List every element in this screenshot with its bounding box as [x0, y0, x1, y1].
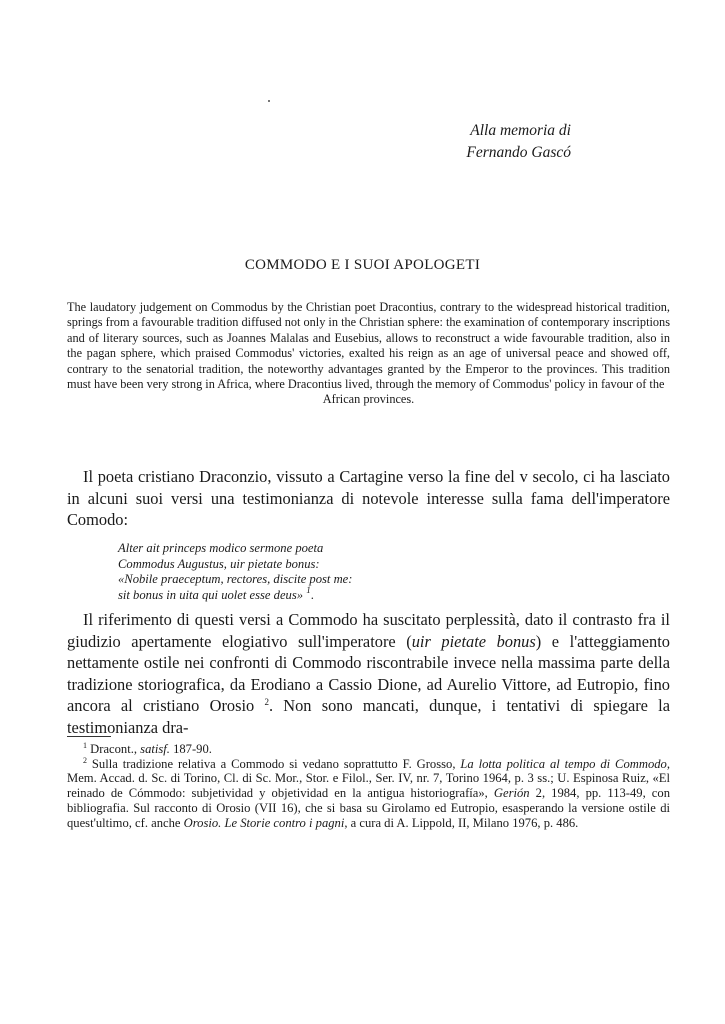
abstract-text: The laudatory judgement on Commodus by t…	[67, 300, 670, 391]
verse-line-1: Alter ait princeps modico sermone poeta	[118, 541, 568, 557]
abstract-last-line: African provinces.	[67, 392, 670, 407]
footnote-divider	[67, 736, 111, 737]
footnote-1: 1 Dracont., satisf. 187-90.	[67, 742, 670, 757]
article-title: COMMODO E I SUOI APOLOGETI	[0, 257, 725, 274]
abstract: The laudatory judgement on Commodus by t…	[67, 300, 670, 408]
scan-speck	[268, 100, 270, 102]
paragraph-2: Il riferimento di questi versi a Commodo…	[67, 609, 670, 739]
footnotes: 1 Dracont., satisf. 187-90. 2 Sulla trad…	[67, 742, 670, 830]
dedication-line-1: Alla memoria di	[0, 120, 571, 142]
verse-line-2: Commodus Augustus, uir pietate bonus:	[118, 557, 568, 573]
dedication: Alla memoria di Fernando Gascó	[0, 120, 571, 164]
verse-quotation: Alter ait princeps modico sermone poeta …	[118, 541, 568, 603]
verse-line-4: sit bonus in uita qui uolet esse deus» 1…	[118, 588, 568, 604]
verse-line-3: «Nobile praeceptum, rectores, discite po…	[118, 572, 568, 588]
paragraph-1: Il poeta cristiano Draconzio, vissuto a …	[67, 466, 670, 531]
quote-italic: uir pietate bonus	[412, 632, 536, 651]
dedication-line-2: Fernando Gascó	[0, 142, 571, 164]
footnote-2: 2 Sulla tradizione relativa a Commodo si…	[67, 757, 670, 831]
